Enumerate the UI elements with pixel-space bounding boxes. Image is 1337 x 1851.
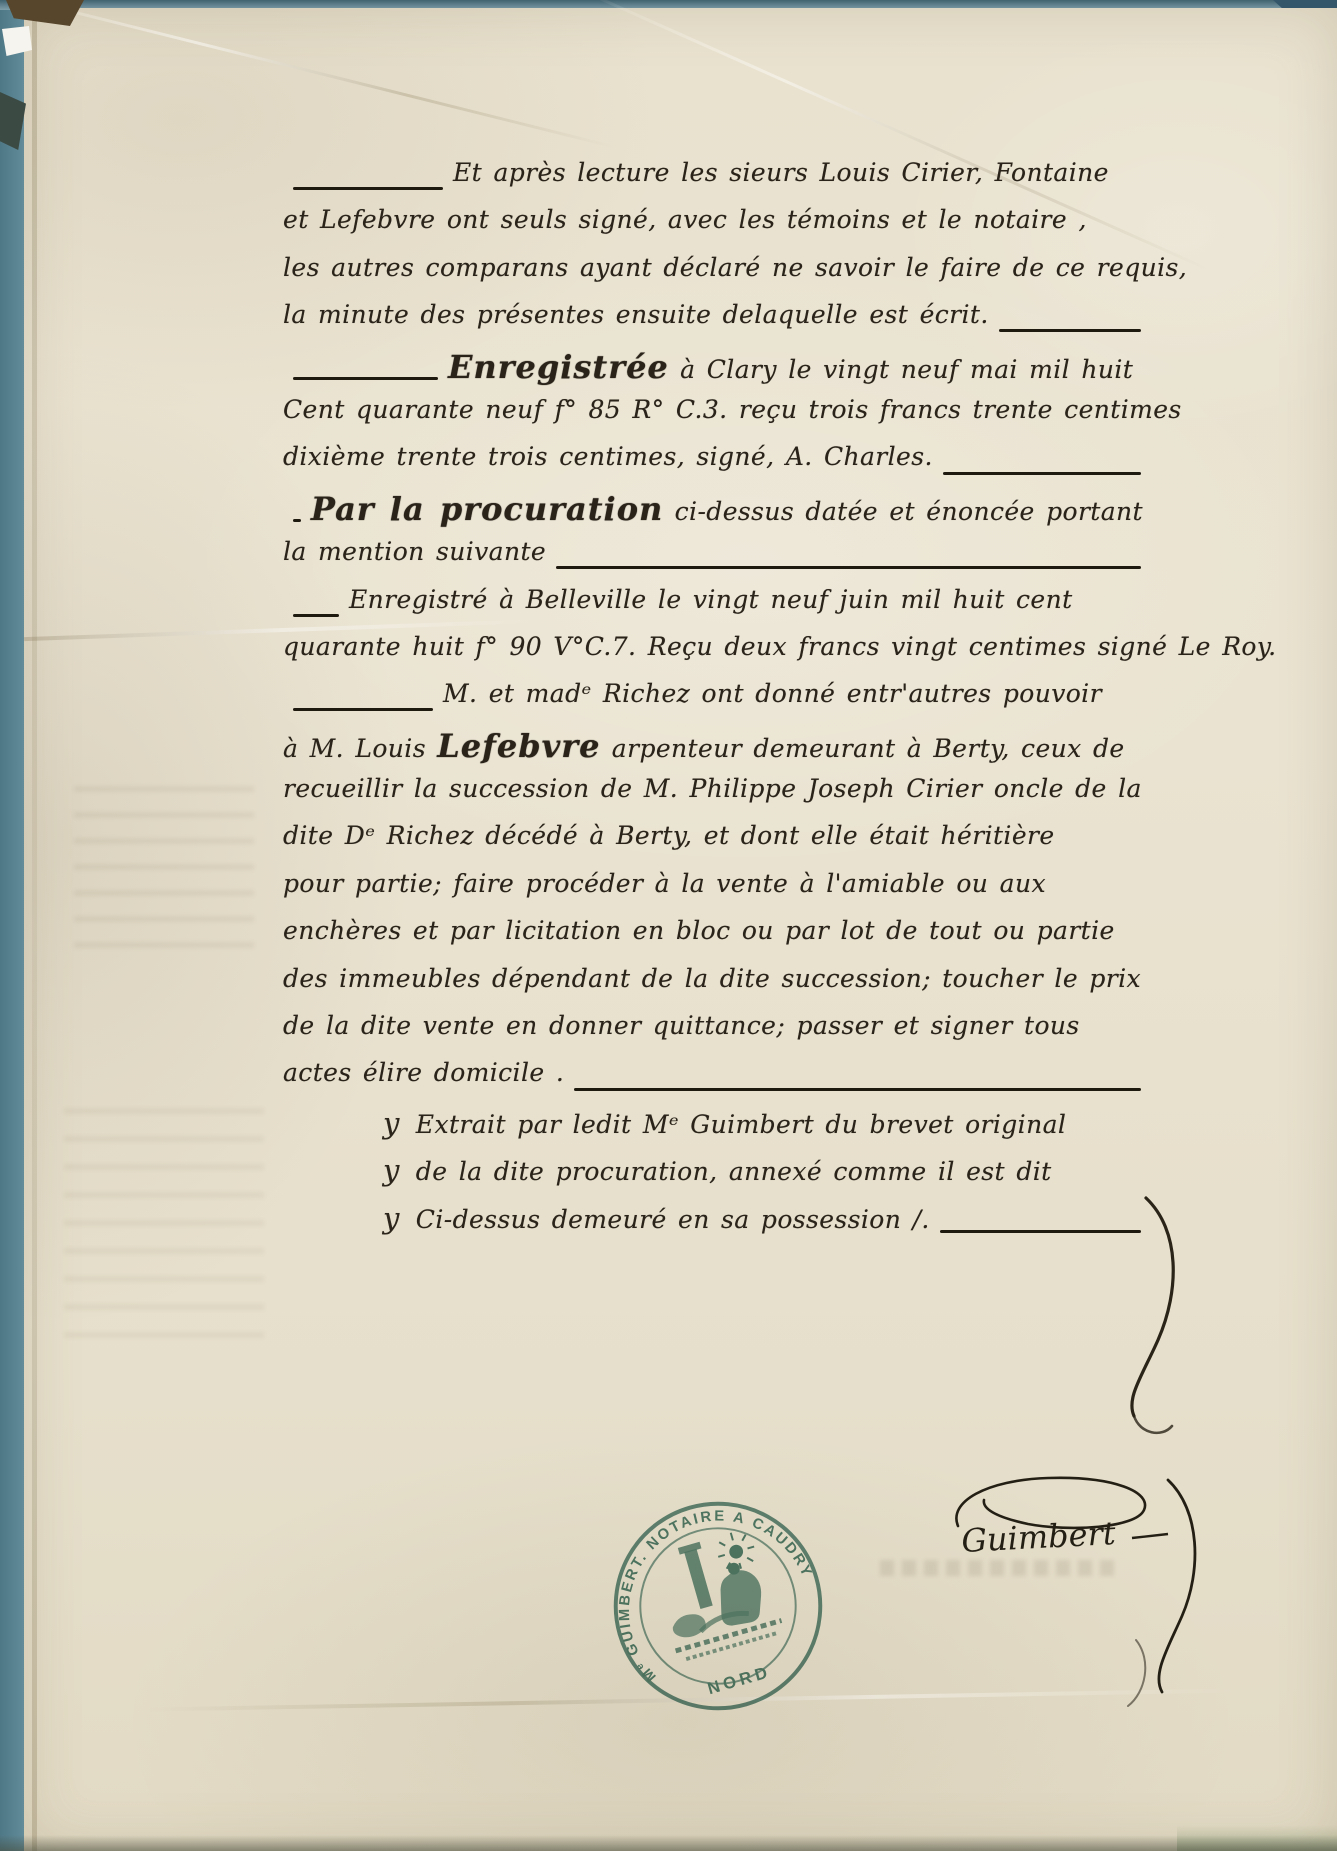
manuscript-line: quarante huit f° 90 V°C.7. Reçu deux fra… [283, 632, 1143, 679]
text-run: y [383, 1201, 400, 1235]
text-run: y [383, 1153, 400, 1187]
text-run: de la dite vente en donner quittance; pa… [283, 1011, 1080, 1040]
stamp-bottom-text: NORD [705, 1662, 773, 1698]
manuscript-line: les autres comparans ayant déclaré ne sa… [283, 253, 1143, 300]
text-run: pour partie; faire procéder à la vente à… [283, 869, 1046, 898]
text-run: Cent quarante neuf f° 85 R° C.3. reçu tr… [283, 395, 1182, 424]
manuscript-line: yde la dite procuration, annexé comme il… [283, 1153, 1143, 1200]
text-run: Lefebvre [437, 727, 600, 765]
paper-sheet: Et après lecture les sieurs Louis Cirier… [24, 8, 1337, 1851]
text-run: M. et madᵉ Richez ont donné entr'autres … [443, 679, 1102, 708]
ink-rule [293, 708, 433, 711]
scanned-document: Et après lecture les sieurs Louis Cirier… [0, 0, 1337, 1851]
manuscript-line: enchères et par licitation en bloc ou pa… [283, 916, 1143, 963]
scan-edge-shadow [0, 1835, 1337, 1851]
ink-transfer-smudge [880, 1560, 1120, 1576]
manuscript-line: la mention suivante [283, 537, 1143, 584]
text-run: Enregistré à Belleville le vingt neuf ju… [349, 585, 1073, 614]
manuscript-line: dite Dᵉ Richez décédé à Berty, et dont e… [283, 821, 1143, 868]
text-run: quarante huit f° 90 V°C.7. Reçu deux fra… [283, 632, 1276, 661]
text-run: la minute des présentes ensuite delaquel… [283, 300, 989, 329]
manuscript-line: Enregistrée à Clary le vingt neuf mai mi… [283, 348, 1143, 395]
text-run: et Lefebvre ont seuls signé, avec les té… [283, 205, 1087, 234]
manuscript-line: à M. Louis Lefebvre arpenteur demeurant … [283, 727, 1143, 774]
text-run: les autres comparans ayant déclaré ne sa… [283, 253, 1187, 282]
paper-crease [0, 0, 615, 148]
svg-text:Mᵉ GUIMBERT. NOTAIRE A CAUDRY: Mᵉ GUIMBERT. NOTAIRE A CAUDRY [600, 1488, 832, 1688]
text-run: Et après lecture les sieurs Louis Cirier… [453, 158, 1109, 187]
manuscript-line: Par la procuration ci-dessus datée et én… [283, 490, 1143, 537]
notary-signature: Guimbert [900, 1440, 1210, 1730]
text-run: dite Dᵉ Richez décédé à Berty, et dont e… [283, 821, 1055, 850]
manuscript-line: yExtrait par ledit Mᵉ Guimbert du brevet… [283, 1106, 1143, 1153]
ink-rule [574, 1088, 1141, 1091]
ink-showthrough [64, 1098, 264, 1338]
ink-rule [293, 187, 443, 190]
manuscript-line: pour partie; faire procéder à la vente à… [283, 869, 1143, 916]
text-run: des immeubles dépendant de la dite succe… [283, 964, 1141, 993]
ink-rule [293, 519, 301, 522]
text-run: actes élire domicile . [283, 1058, 564, 1087]
manuscript-line: Cent quarante neuf f° 85 R° C.3. reçu tr… [283, 395, 1143, 442]
manuscript-line: actes élire domicile . [283, 1058, 1143, 1105]
manuscript-line: M. et madᵉ Richez ont donné entr'autres … [283, 679, 1143, 726]
text-run: y [383, 1106, 400, 1140]
text-run: Extrait par ledit Mᵉ Guimbert du brevet … [416, 1110, 1066, 1139]
text-run: Enregistrée [448, 348, 669, 386]
text-run: dixième trente trois centimes, signé, A.… [283, 442, 933, 471]
signature-name: Guimbert [960, 1514, 1116, 1560]
manuscript-line: yCi-dessus demeuré en sa possession /. [283, 1201, 1143, 1248]
ink-rule [293, 614, 339, 617]
paper-fold-shadow [32, 8, 37, 1851]
stamp-arc-text: Mᵉ GUIMBERT. NOTAIRE A CAUDRY [600, 1488, 832, 1688]
manuscript-line: dixième trente trois centimes, signé, A.… [283, 442, 1143, 489]
ink-rule [293, 377, 438, 380]
text-run: la mention suivante [283, 537, 546, 566]
manuscript-line: Enregistré à Belleville le vingt neuf ju… [283, 585, 1143, 632]
text-run: à Clary le vingt neuf mai mil huit [669, 355, 1133, 384]
text-run: arpenteur demeurant à Berty, ceux de [600, 734, 1124, 763]
notary-stamp: Mᵉ GUIMBERT. NOTAIRE A CAUDRY NORD [600, 1488, 836, 1724]
ink-showthrough [74, 778, 254, 948]
ink-rule [943, 472, 1141, 475]
flourish-paraph [1030, 1190, 1190, 1450]
manuscript-line: des immeubles dépendant de la dite succe… [283, 964, 1143, 1011]
text-run: à M. Louis [283, 734, 437, 763]
ink-rule [556, 566, 1141, 569]
manuscript-line: recueillir la succession de M. Philippe … [283, 774, 1143, 821]
text-run: ci-dessus datée et énoncée portant [663, 497, 1143, 526]
manuscript-line: la minute des présentes ensuite delaquel… [283, 300, 1143, 347]
text-run: de la dite procuration, annexé comme il … [416, 1157, 1052, 1186]
text-run: Par la procuration [311, 490, 663, 528]
text-run: Ci-dessus demeuré en sa possession /. [416, 1205, 930, 1234]
manuscript-line: et Lefebvre ont seuls signé, avec les té… [283, 205, 1143, 252]
manuscript-line: de la dite vente en donner quittance; pa… [283, 1011, 1143, 1058]
manuscript-text: Et après lecture les sieurs Louis Cirier… [283, 158, 1143, 1248]
ink-rule [999, 329, 1141, 332]
manuscript-line: Et après lecture les sieurs Louis Cirier… [283, 158, 1143, 205]
text-run: enchères et par licitation en bloc ou pa… [283, 916, 1115, 945]
text-run: recueillir la succession de M. Philippe … [283, 774, 1142, 803]
